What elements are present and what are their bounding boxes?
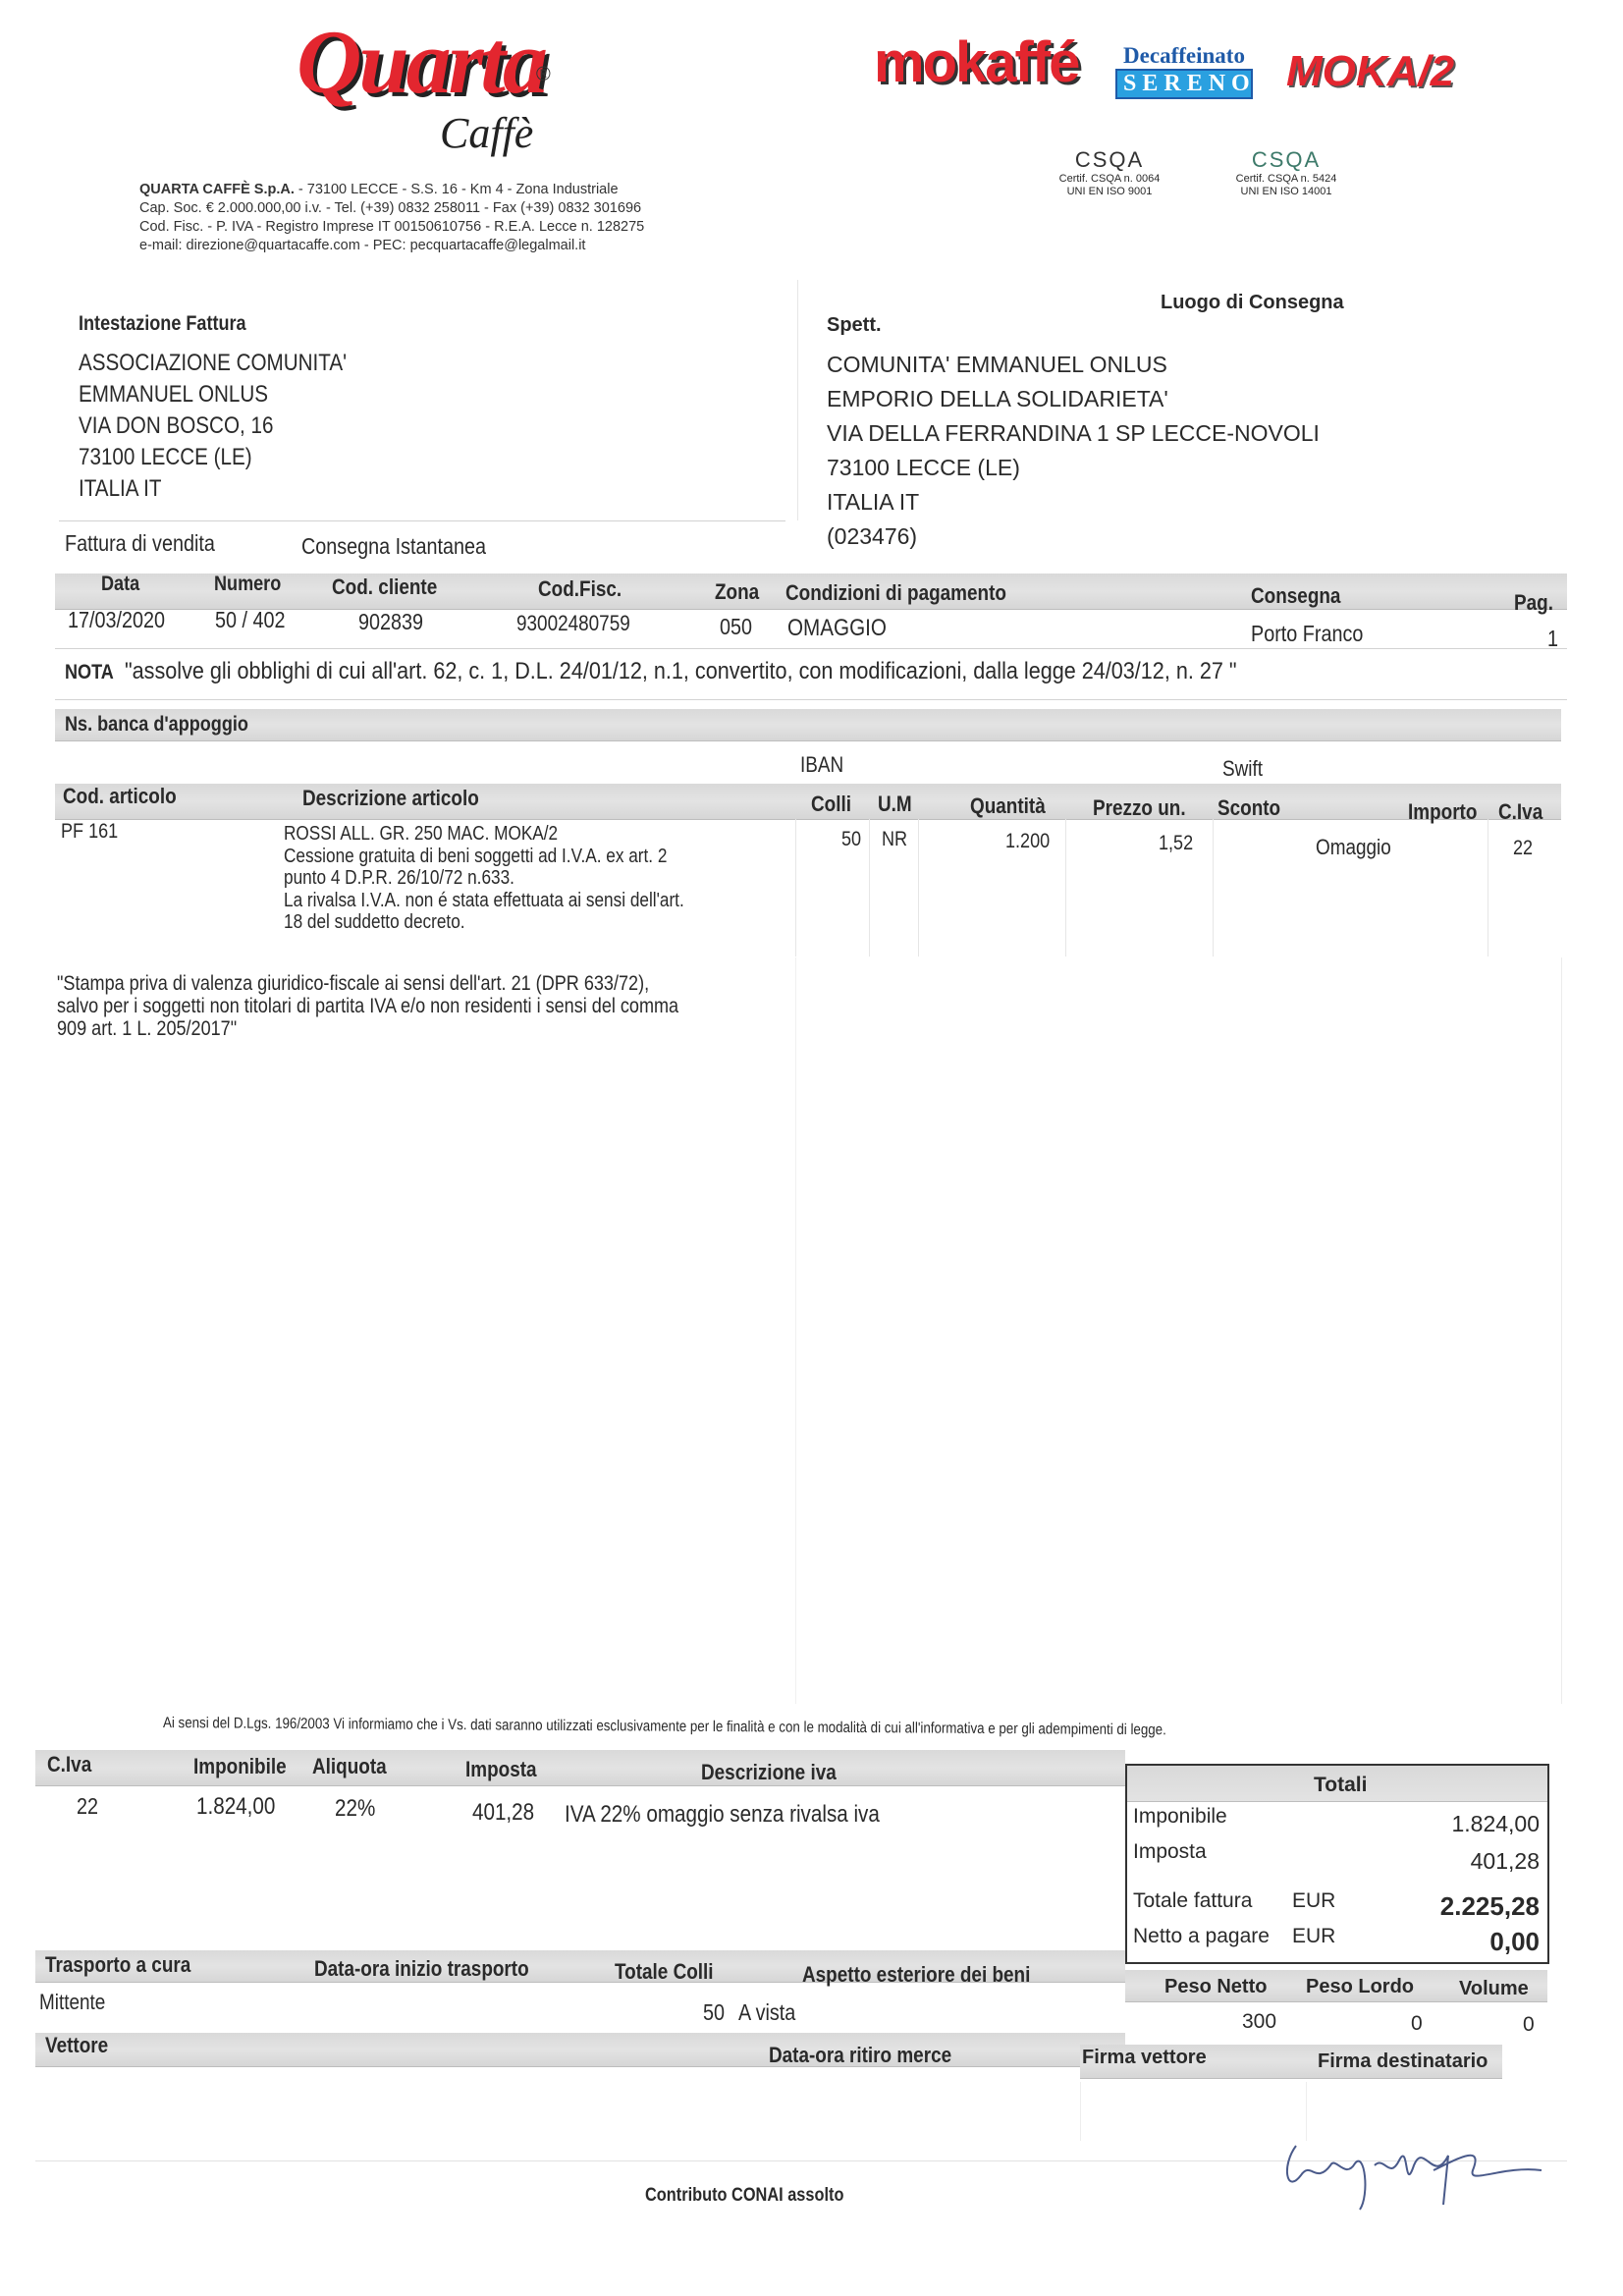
label-volume: Volume <box>1459 1978 1529 2000</box>
mokaffe-logo: mokaffé <box>874 29 1078 95</box>
col-consegna: Consegna <box>1251 583 1340 609</box>
sereno-logo: Decaffeinato SERENO <box>1115 43 1253 99</box>
col-cod-cliente: Cod. cliente <box>332 574 437 600</box>
swift-label: Swift <box>1222 756 1263 782</box>
value-trasporto: Mittente <box>39 1990 105 2015</box>
delivery-mode: Consegna Istantanea <box>301 533 486 560</box>
company-info: QUARTA CAFFÈ S.p.A. - 73100 LECCE - S.S.… <box>139 181 644 255</box>
sereno-label: SERENO <box>1115 69 1253 99</box>
vat-col-descrizione: Descrizione iva <box>701 1760 837 1785</box>
label-firma-destinatario: Firma destinatario <box>1318 2050 1488 2073</box>
label-ritiro: Data-ora ritiro merce <box>769 2043 951 2068</box>
delivery-title: Luogo di Consegna <box>1161 292 1344 314</box>
col-data: Data <box>101 573 139 596</box>
vat-descrizione: IVA 22% omaggio senza rivalsa iva <box>565 1801 880 1829</box>
col-prezzo: Prezzo un. <box>1093 795 1186 821</box>
item-um: NR <box>882 828 907 851</box>
item-civa: 22 <box>1513 837 1533 860</box>
value-numero: 50 / 402 <box>215 607 286 633</box>
item-importo: Omaggio <box>1316 835 1391 860</box>
col-zona: Zona <box>715 579 759 605</box>
totals-netto: 0,00 <box>1489 1927 1540 1957</box>
vat-imponibile: 1.824,00 <box>196 1793 275 1821</box>
col-colli: Colli <box>811 792 851 817</box>
col-cod-articolo: Cod. articolo <box>63 784 177 809</box>
fiscal-disclaimer: "Stampa priva di valenza giuridico-fisca… <box>57 972 678 1040</box>
label-peso-netto: Peso Netto <box>1164 1976 1267 1998</box>
label-firma-vettore: Firma vettore <box>1082 2047 1207 2069</box>
value-condizioni: OMAGGIO <box>787 615 887 642</box>
item-prezzo: 1,52 <box>1159 832 1193 855</box>
conai-note: Contributo CONAI assolto <box>645 2185 843 2207</box>
col-cod-fisc: Cod.Fisc. <box>538 576 622 602</box>
brand-name: Quarta <box>297 10 545 114</box>
totals-totale: 2.225,28 <box>1440 1891 1540 1922</box>
value-aspetto: A vista <box>738 1999 795 2026</box>
col-quantita: Quantità <box>970 793 1046 819</box>
col-pag: Pag. <box>1514 590 1553 616</box>
label-totale-colli: Totale Colli <box>615 1959 714 1985</box>
item-code: PF 161 <box>61 820 118 844</box>
totals-netto-label: Netto a pagare <box>1133 1925 1270 1948</box>
vat-col-civa: C.Iva <box>47 1752 91 1777</box>
value-totale-colli: 50 <box>703 1999 725 2026</box>
bank-label: Ns. banca d'appoggio <box>65 713 248 737</box>
vat-imposta: 401,28 <box>472 1799 534 1827</box>
col-condizioni: Condizioni di pagamento <box>785 580 1006 606</box>
label-vettore: Vettore <box>45 2033 108 2058</box>
quarta-caffe-logo: Quarta ® Caffè <box>293 10 568 167</box>
totals-imposta-label: Imposta <box>1133 1840 1207 1864</box>
vat-aliquota: 22% <box>335 1795 375 1823</box>
nota-text: "assolve gli obblighi di cui all'art. 62… <box>125 658 1237 685</box>
totals-box: Totali Imponibile 1.824,00 Imposta 401,2… <box>1125 1764 1549 1964</box>
label-trasporto: Trasporto a cura <box>45 1952 190 1978</box>
vat-col-aliquota: Aliquota <box>312 1754 387 1779</box>
certification-1: CSQA Certif. CSQA n. 0064 UNI EN ISO 900… <box>1051 147 1168 198</box>
signature-icon <box>1276 2126 1551 2214</box>
item-description: ROSSI ALL. GR. 250 MAC. MOKA/2 Cessione … <box>284 823 684 934</box>
registered-mark: ® <box>536 64 551 86</box>
vat-civa: 22 <box>77 1793 98 1820</box>
value-volume: 0 <box>1523 2013 1535 2037</box>
item-quantita: 1.200 <box>1005 830 1050 853</box>
value-peso-netto: 300 <box>1242 2010 1276 2034</box>
col-sconto: Sconto <box>1217 795 1280 821</box>
brand-sub: Caffè <box>440 108 533 158</box>
totals-netto-currency: EUR <box>1292 1925 1335 1948</box>
vat-col-imponibile: Imponibile <box>193 1754 287 1779</box>
billing-address: ASSOCIAZIONE COMUNITA' EMMANUEL ONLUS VI… <box>79 348 347 505</box>
value-consegna: Porto Franco <box>1251 621 1363 647</box>
col-civa: C.Iva <box>1498 799 1542 825</box>
value-data: 17/03/2020 <box>68 607 165 633</box>
item-colli: 50 <box>841 828 861 851</box>
label-aspetto: Aspetto esteriore dei beni <box>802 1962 1030 1988</box>
col-descrizione: Descrizione articolo <box>302 786 479 811</box>
col-importo: Importo <box>1408 799 1477 825</box>
billing-title: Intestazione Fattura <box>79 312 246 336</box>
value-peso-lordo: 0 <box>1411 2012 1423 2036</box>
privacy-notice: Ai sensi del D.Lgs. 196/2003 Vi informia… <box>163 1715 1166 1739</box>
totals-totale-label: Totale fattura <box>1133 1889 1252 1913</box>
label-peso-lordo: Peso Lordo <box>1306 1976 1414 1998</box>
nota: NOTA "assolve gli obblighi di cui all'ar… <box>65 658 1360 685</box>
nota-label: NOTA <box>65 661 114 684</box>
iban-label: IBAN <box>800 752 843 778</box>
value-cod-fisc: 93002480759 <box>516 611 630 636</box>
totals-imposta: 401,28 <box>1471 1848 1540 1875</box>
csqa-logo: CSQA <box>1051 147 1168 173</box>
label-inizio-trasporto: Data-ora inizio trasporto <box>314 1956 529 1982</box>
delivery-salutation: Spett. <box>827 314 882 337</box>
totals-totale-currency: EUR <box>1292 1889 1335 1913</box>
col-numero: Numero <box>214 573 281 596</box>
value-cod-cliente: 902839 <box>358 609 423 635</box>
vat-col-imposta: Imposta <box>465 1757 537 1782</box>
totals-imponibile-label: Imponibile <box>1133 1805 1227 1829</box>
totals-title: Totali <box>1314 1774 1367 1797</box>
csqa-logo: CSQA <box>1227 147 1345 173</box>
certification-2: CSQA Certif. CSQA n. 5424 UNI EN ISO 140… <box>1227 147 1345 198</box>
document-type: Fattura di vendita <box>65 530 215 557</box>
decaf-label: Decaffeinato <box>1115 43 1253 69</box>
totals-imponibile: 1.824,00 <box>1451 1811 1540 1837</box>
col-um: U.M <box>878 792 912 817</box>
delivery-address: COMUNITA' EMMANUEL ONLUS EMPORIO DELLA S… <box>827 348 1320 554</box>
value-zona: 050 <box>720 614 752 640</box>
moka2-logo: MOKA/2 <box>1286 47 1454 96</box>
